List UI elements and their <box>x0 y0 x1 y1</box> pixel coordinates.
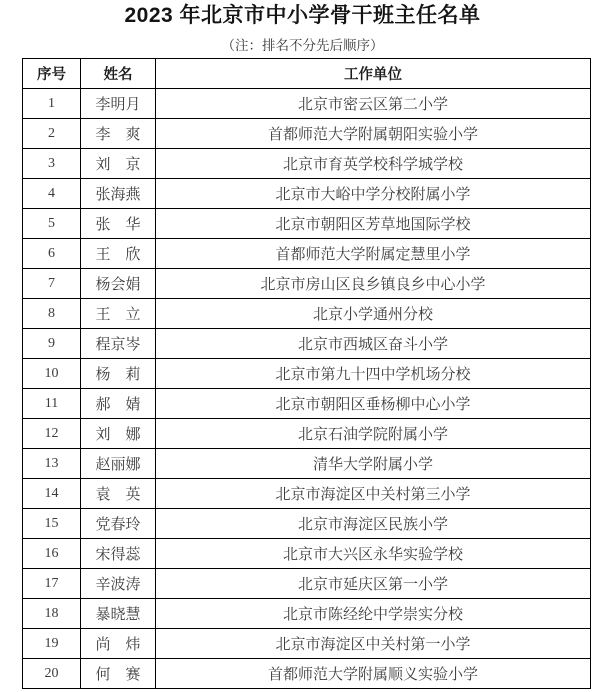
row-number: 5 <box>23 209 81 239</box>
row-number: 9 <box>23 329 81 359</box>
teacher-name: 张海燕 <box>81 179 156 209</box>
table-row: 12 刘 娜 北京石油学院附属小学 <box>23 419 591 449</box>
work-unit: 北京市海淀区中关村第一小学 <box>156 629 591 659</box>
row-number: 19 <box>23 629 81 659</box>
table-row: 6 王 欣 首都师范大学附属定慧里小学 <box>23 239 591 269</box>
teacher-name: 杨会娟 <box>81 269 156 299</box>
teacher-name: 党春玲 <box>81 509 156 539</box>
work-unit: 北京市朝阳区芳草地国际学校 <box>156 209 591 239</box>
teacher-name: 郝 婧 <box>81 389 156 419</box>
row-number: 20 <box>23 659 81 689</box>
row-number: 6 <box>23 239 81 269</box>
table-row: 17 辛波涛 北京市延庆区第一小学 <box>23 569 591 599</box>
roster-table: 序号 姓名 工作单位 1 李明月 北京市密云区第二小学 2 李 爽 首都师范大学… <box>22 58 591 689</box>
table-header: 序号 姓名 工作单位 <box>23 59 591 89</box>
table-body: 1 李明月 北京市密云区第二小学 2 李 爽 首都师范大学附属朝阳实验小学 3 … <box>23 89 591 689</box>
table-row: 3 刘 京 北京市育英学校科学城学校 <box>23 149 591 179</box>
teacher-name: 辛波涛 <box>81 569 156 599</box>
table-row: 15 党春玲 北京市海淀区民族小学 <box>23 509 591 539</box>
table-row: 13 赵丽娜 清华大学附属小学 <box>23 449 591 479</box>
work-unit: 首都师范大学附属顺义实验小学 <box>156 659 591 689</box>
teacher-name: 张 华 <box>81 209 156 239</box>
row-number: 15 <box>23 509 81 539</box>
header-row: 序号 姓名 工作单位 <box>23 59 591 89</box>
work-unit: 北京市海淀区民族小学 <box>156 509 591 539</box>
teacher-name: 赵丽娜 <box>81 449 156 479</box>
teacher-name: 暴晓慧 <box>81 599 156 629</box>
work-unit: 首都师范大学附属定慧里小学 <box>156 239 591 269</box>
work-unit: 北京市朝阳区垂杨柳中心小学 <box>156 389 591 419</box>
header-cell-number: 序号 <box>23 59 81 89</box>
row-number: 12 <box>23 419 81 449</box>
header-cell-name: 姓名 <box>81 59 156 89</box>
work-unit: 北京市第九十四中学机场分校 <box>156 359 591 389</box>
teacher-name: 刘 京 <box>81 149 156 179</box>
document-page: 2023 年北京市中小学骨干班主任名单 （注：排名不分先后顺序） 序号 姓名 工… <box>0 0 605 692</box>
teacher-name: 宋得蕊 <box>81 539 156 569</box>
header-cell-unit: 工作单位 <box>156 59 591 89</box>
work-unit: 北京市海淀区中关村第三小学 <box>156 479 591 509</box>
teacher-name: 李明月 <box>81 89 156 119</box>
row-number: 14 <box>23 479 81 509</box>
teacher-name: 李 爽 <box>81 119 156 149</box>
work-unit: 北京市陈经纶中学崇实分校 <box>156 599 591 629</box>
work-unit: 北京市密云区第二小学 <box>156 89 591 119</box>
work-unit: 首都师范大学附属朝阳实验小学 <box>156 119 591 149</box>
row-number: 11 <box>23 389 81 419</box>
row-number: 1 <box>23 89 81 119</box>
work-unit: 清华大学附属小学 <box>156 449 591 479</box>
work-unit: 北京市延庆区第一小学 <box>156 569 591 599</box>
teacher-name: 王 欣 <box>81 239 156 269</box>
work-unit: 北京市育英学校科学城学校 <box>156 149 591 179</box>
work-unit: 北京石油学院附属小学 <box>156 419 591 449</box>
teacher-name: 尚 炜 <box>81 629 156 659</box>
table-row: 2 李 爽 首都师范大学附属朝阳实验小学 <box>23 119 591 149</box>
teacher-name: 杨 莉 <box>81 359 156 389</box>
teacher-name: 袁 英 <box>81 479 156 509</box>
work-unit: 北京市房山区良乡镇良乡中心小学 <box>156 269 591 299</box>
teacher-name: 刘 娜 <box>81 419 156 449</box>
table-row: 14 袁 英 北京市海淀区中关村第三小学 <box>23 479 591 509</box>
teacher-name: 程京岑 <box>81 329 156 359</box>
table-row: 16 宋得蕊 北京市大兴区永华实验学校 <box>23 539 591 569</box>
row-number: 8 <box>23 299 81 329</box>
row-number: 17 <box>23 569 81 599</box>
table-row: 7 杨会娟 北京市房山区良乡镇良乡中心小学 <box>23 269 591 299</box>
row-number: 16 <box>23 539 81 569</box>
table-row: 20 何 赛 首都师范大学附属顺义实验小学 <box>23 659 591 689</box>
row-number: 10 <box>23 359 81 389</box>
table-row: 9 程京岑 北京市西城区奋斗小学 <box>23 329 591 359</box>
row-number: 3 <box>23 149 81 179</box>
teacher-name: 何 赛 <box>81 659 156 689</box>
work-unit: 北京市西城区奋斗小学 <box>156 329 591 359</box>
table-row: 5 张 华 北京市朝阳区芳草地国际学校 <box>23 209 591 239</box>
teacher-name: 王 立 <box>81 299 156 329</box>
page-title: 2023 年北京市中小学骨干班主任名单 <box>0 0 605 29</box>
table-row: 10 杨 莉 北京市第九十四中学机场分校 <box>23 359 591 389</box>
table-row: 8 王 立 北京小学通州分校 <box>23 299 591 329</box>
table-row: 4 张海燕 北京市大峪中学分校附属小学 <box>23 179 591 209</box>
table-row: 1 李明月 北京市密云区第二小学 <box>23 89 591 119</box>
row-number: 13 <box>23 449 81 479</box>
row-number: 18 <box>23 599 81 629</box>
row-number: 4 <box>23 179 81 209</box>
page-subtitle: （注：排名不分先后顺序） <box>0 29 605 54</box>
table-row: 11 郝 婧 北京市朝阳区垂杨柳中心小学 <box>23 389 591 419</box>
row-number: 7 <box>23 269 81 299</box>
work-unit: 北京小学通州分校 <box>156 299 591 329</box>
table-row: 18 暴晓慧 北京市陈经纶中学崇实分校 <box>23 599 591 629</box>
table-row: 19 尚 炜 北京市海淀区中关村第一小学 <box>23 629 591 659</box>
row-number: 2 <box>23 119 81 149</box>
work-unit: 北京市大兴区永华实验学校 <box>156 539 591 569</box>
work-unit: 北京市大峪中学分校附属小学 <box>156 179 591 209</box>
